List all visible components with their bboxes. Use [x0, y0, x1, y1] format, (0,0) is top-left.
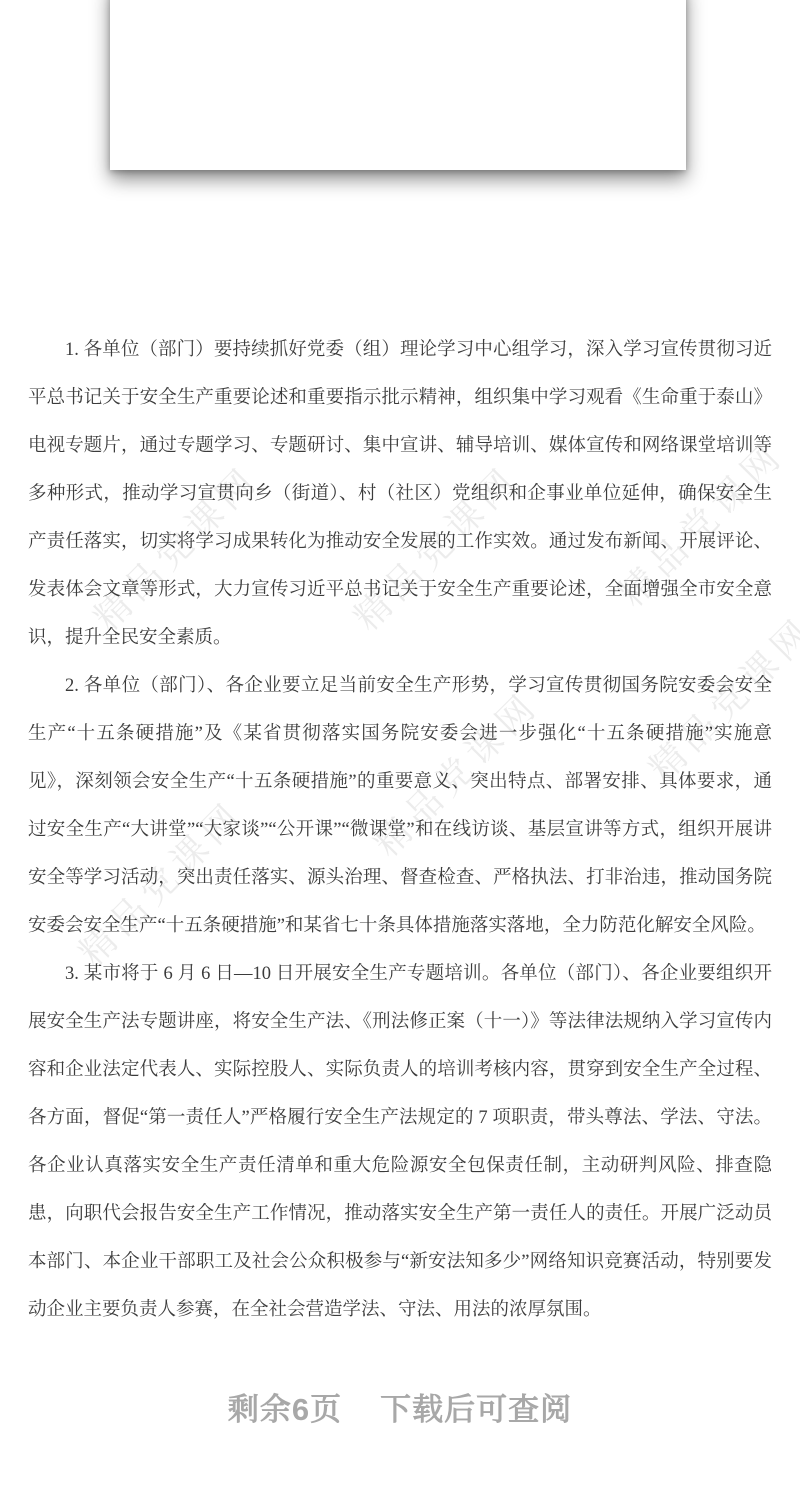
remaining-pages-label: 剩余6页	[228, 1392, 342, 1427]
page-preview-card: （责任单位：市委宣传部、市应急局，责任科室：宣传教育科），各乡镇（街道）、市直有…	[110, 0, 686, 170]
download-hint-label: 下载后可查阅	[380, 1392, 572, 1427]
document-body: 1. 各单位（部门）要持续抓好党委（组）理论学习中心组学习，深入学习宣传贯彻习近…	[28, 326, 772, 1334]
paragraph-2: 2. 各单位（部门）、各企业要立足当前安全生产形势，学习宣传贯彻国务院安委会安全…	[28, 662, 772, 950]
document-preview-page: （责任单位：市委宣传部、市应急局，责任科室：宣传教育科），各乡镇（街道）、市直有…	[0, 0, 800, 1501]
paragraph-1: 1. 各单位（部门）要持续抓好党委（组）理论学习中心组学习，深入学习宣传贯彻习近…	[28, 326, 772, 662]
remaining-pages-hint: 剩余6页下载后可查阅	[0, 1384, 800, 1429]
paragraph-3: 3. 某市将于 6 月 6 日—10 日开展安全生产专题培训。各单位（部门）、各…	[28, 950, 772, 1334]
